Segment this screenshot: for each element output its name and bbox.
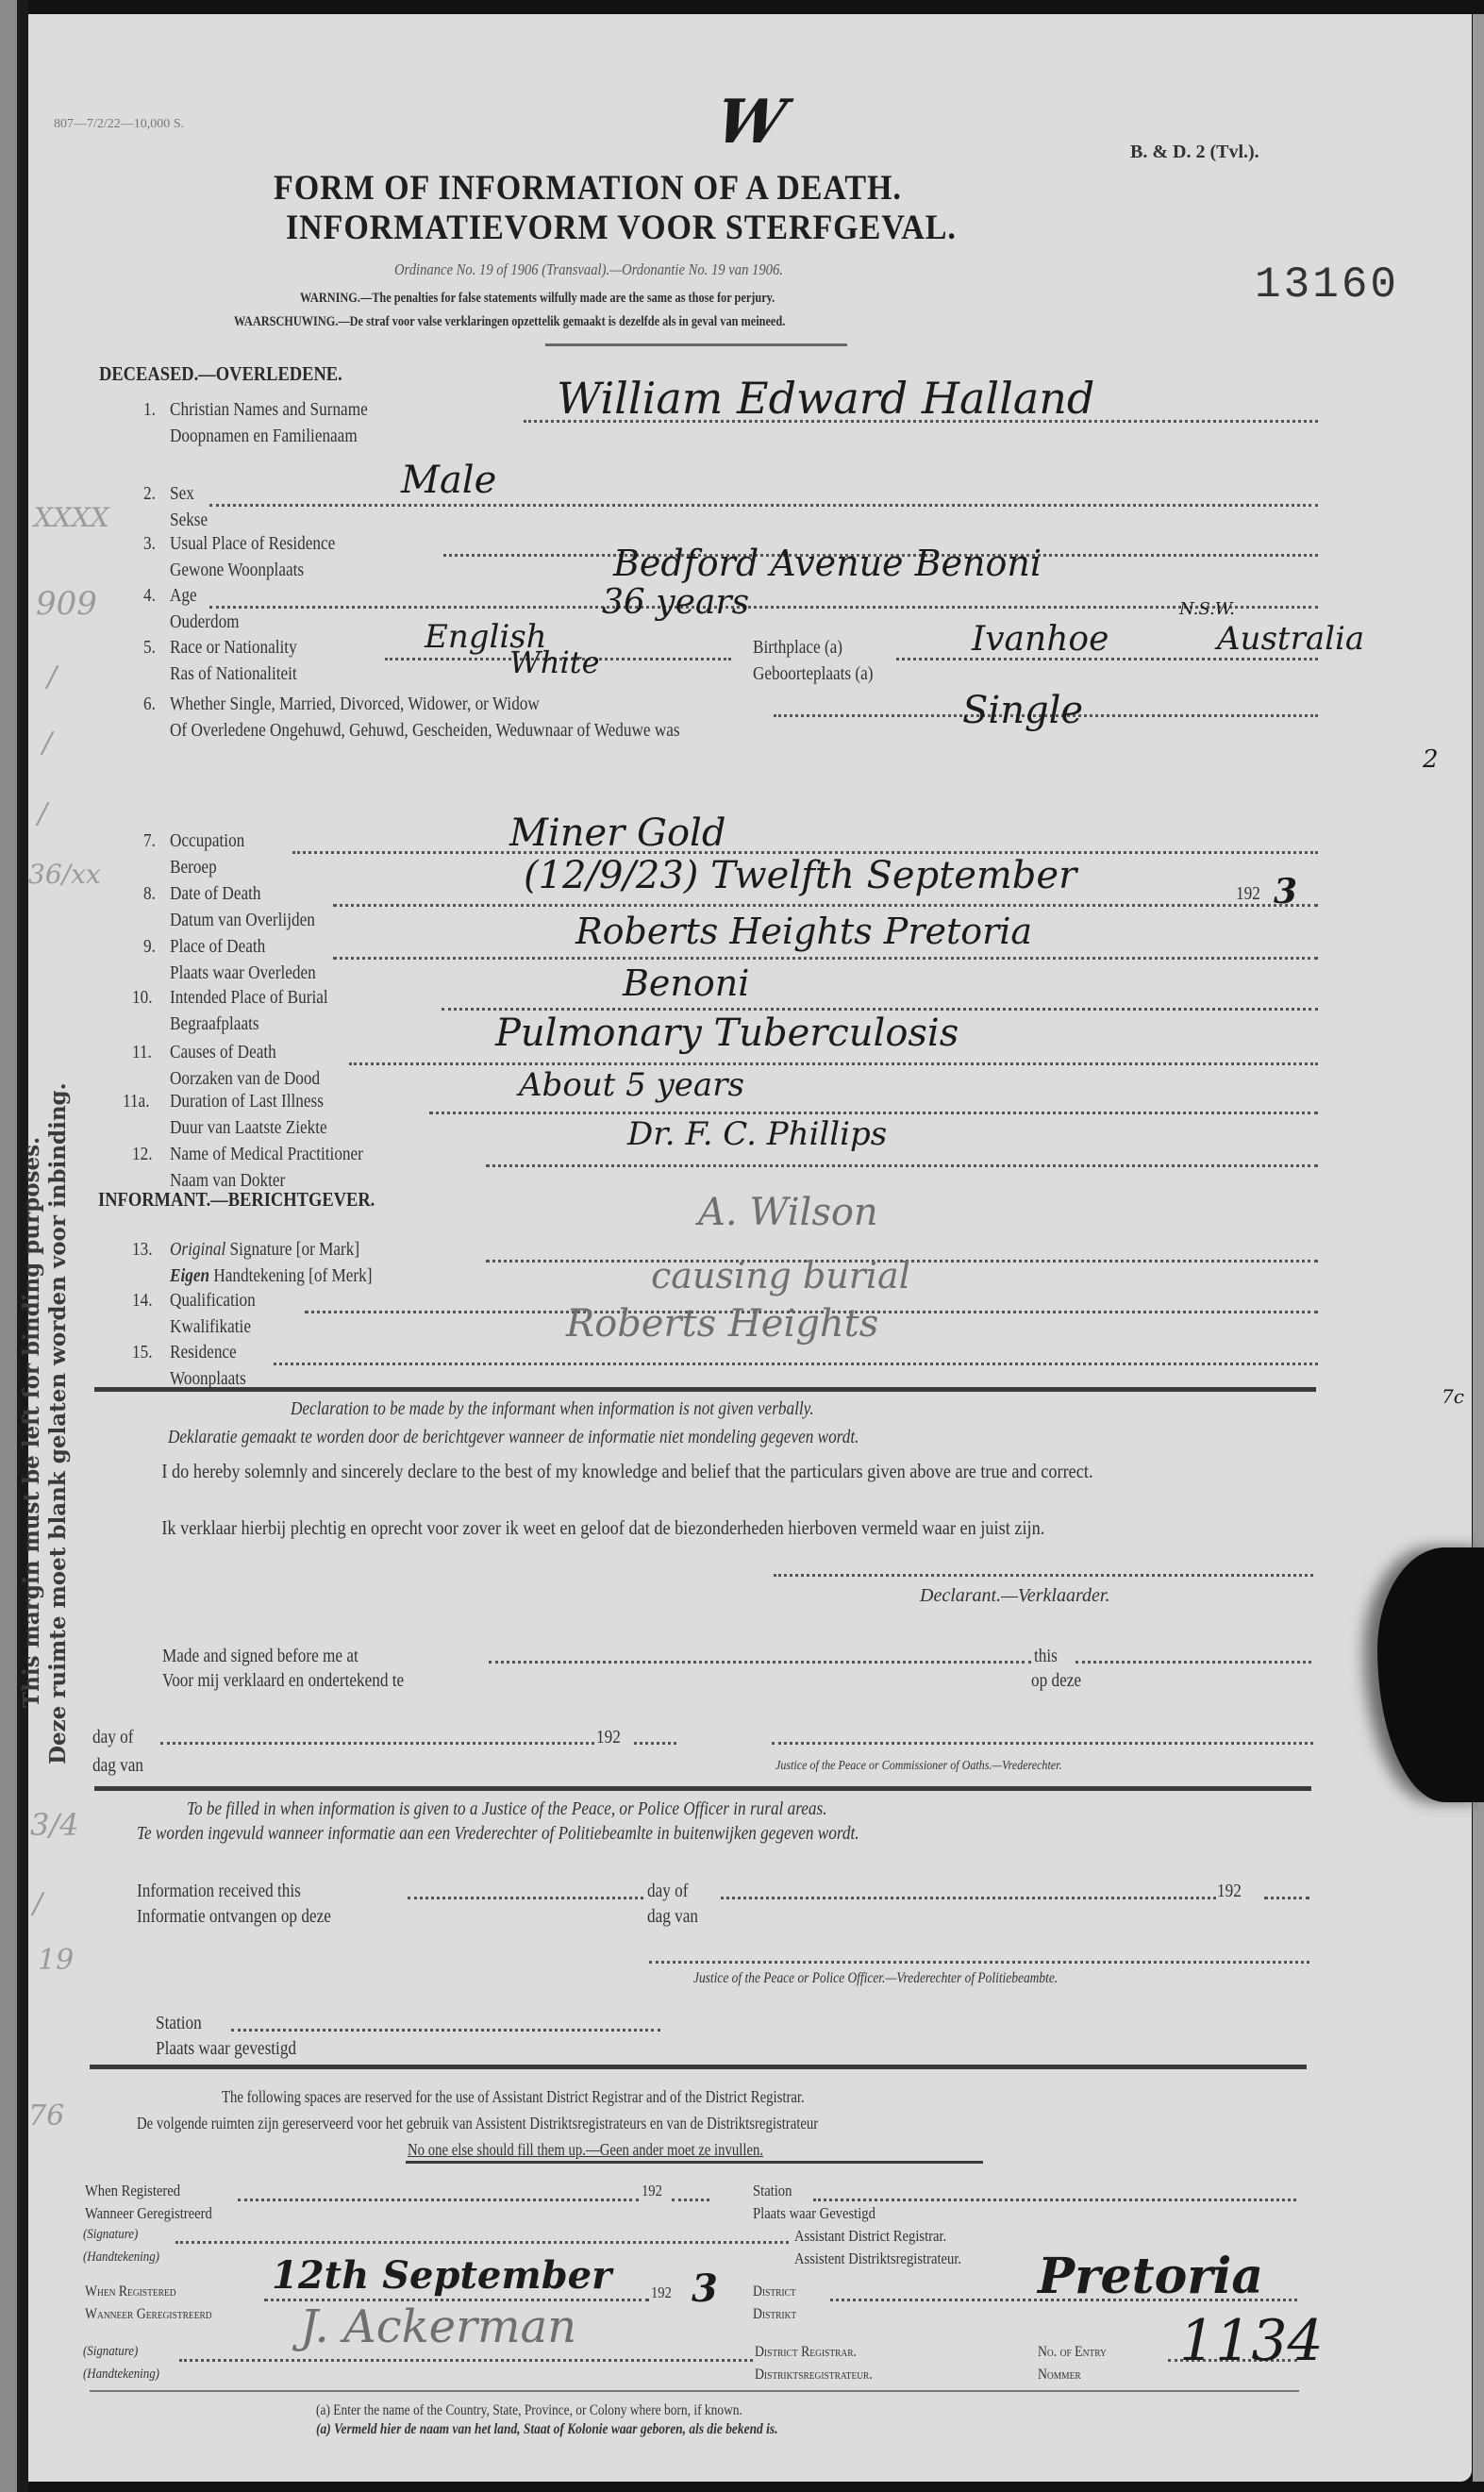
field-label-en: Intended Place of Burial bbox=[170, 987, 328, 1009]
field-label-en: Sex bbox=[170, 483, 194, 505]
when-registered-line[interactable] bbox=[238, 2199, 639, 2201]
field-value[interactable]: Roberts Heights bbox=[566, 1302, 878, 1346]
field-label-nl: Gewone Woonplaats bbox=[170, 560, 304, 581]
reg-station-nl: Plaats waar Gevestigd bbox=[753, 2204, 875, 2223]
declarant-label: Declarant.—Verklaarder. bbox=[920, 1585, 1109, 1607]
year-prefix: 192 bbox=[596, 1727, 621, 1748]
reg-station-line[interactable] bbox=[813, 2199, 1296, 2201]
reg-year-prefix: 192 bbox=[642, 2182, 662, 2200]
received-nl: Informatie ontvangen op deze bbox=[137, 1906, 331, 1928]
field-label-en: Original Signature [or Mark] bbox=[170, 1239, 359, 1261]
footer-rule bbox=[90, 2390, 1299, 2392]
binding-note-en: This margin must be left for binding pur… bbox=[19, 1137, 44, 1708]
field-label-nl: Eigen Handtekening [of Merk] bbox=[170, 1265, 372, 1287]
pencil-mark: 36/xx bbox=[28, 859, 101, 890]
district-value: Pretoria bbox=[1038, 2248, 1263, 2305]
field-label-en: Residence bbox=[170, 1342, 237, 1363]
field-value[interactable]: Male bbox=[401, 459, 496, 502]
field-number: 2. bbox=[143, 483, 156, 505]
justice-signature-line[interactable] bbox=[772, 1742, 1313, 1745]
made-signed-nl: Voor mij verklaard en ondertekend te bbox=[162, 1670, 404, 1692]
justice-label: Justice of the Peace or Commissioner of … bbox=[775, 1759, 1062, 1774]
field-value[interactable]: (12/9/23) Twelfth September bbox=[524, 854, 1076, 897]
field-label-nl: Of Overledene Ongehuwd, Gehuwd, Gescheid… bbox=[170, 720, 680, 742]
field-label-nl: Ras of Nationaliteit bbox=[170, 663, 297, 685]
pencil-mark: / bbox=[38, 797, 47, 830]
field-number: 1. bbox=[143, 399, 156, 421]
rural-month-line[interactable] bbox=[721, 1897, 1216, 1899]
day-of-en: day of bbox=[92, 1727, 133, 1748]
asst-registrar-nl: Assistent Distriktsregistrateur. bbox=[794, 2249, 961, 2268]
field-label-en: Age bbox=[170, 585, 197, 607]
this-nl: op deze bbox=[1031, 1670, 1081, 1692]
field-label-en: Race or Nationality bbox=[170, 637, 297, 659]
field-value[interactable]: causing burial bbox=[651, 1255, 910, 1296]
district-en: District bbox=[753, 2283, 796, 2300]
field-number: 3. bbox=[143, 533, 156, 555]
field-input-line[interactable] bbox=[209, 504, 1318, 507]
declaration-body-nl: Ik verklaar hierbij plechtig en oprecht … bbox=[94, 1514, 1309, 1543]
signature-nl: (Handtekening) bbox=[83, 2249, 159, 2266]
rural-heading-en: To be filled in when information is give… bbox=[187, 1798, 827, 1820]
field-value[interactable]: 36 years bbox=[602, 583, 749, 622]
date-year-prefix: 192 bbox=[1236, 883, 1260, 905]
print-code: 807—7/2/22—10,000 S. bbox=[54, 117, 184, 132]
rural-day-of-en: day of bbox=[647, 1881, 688, 1902]
field-number: 12. bbox=[132, 1144, 153, 1165]
this-day-line[interactable] bbox=[1075, 1661, 1311, 1664]
district-nl: Distrikt bbox=[753, 2306, 796, 2323]
entry-no-value: 1134 bbox=[1179, 2308, 1324, 2374]
section-rule bbox=[94, 1387, 1316, 1392]
handwritten-mark: W bbox=[710, 87, 791, 158]
district-registrar-nl: Distriktsregistrateur. bbox=[755, 2367, 873, 2383]
form-code: B. & D. 2 (Tvl.). bbox=[1130, 142, 1259, 163]
no-one-else: No one else should fill them up.—Geen an… bbox=[408, 2140, 763, 2160]
field-label-nl: Kwalifikatie bbox=[170, 1316, 251, 1338]
title-nl: INFORMATIEVORM VOOR STERFGEVAL. bbox=[286, 208, 957, 248]
rural-year-line[interactable] bbox=[1264, 1897, 1309, 1899]
declarant-signature-line[interactable] bbox=[774, 1574, 1313, 1577]
rural-heading-nl: Te worden ingevuld wanneer informatie aa… bbox=[137, 1823, 859, 1845]
declaration-body-en: I do hereby solemnly and sincerely decla… bbox=[94, 1457, 1309, 1486]
field-label-nl: Oorzaken van de Dood bbox=[170, 1068, 320, 1090]
field-label-nl: Begraafplaats bbox=[170, 1013, 259, 1035]
footnote-en: (a) Enter the name of the Country, State… bbox=[316, 2402, 742, 2419]
section-rule bbox=[90, 2065, 1307, 2069]
district-registrar-en: District Registrar. bbox=[755, 2344, 857, 2361]
birthplace-label-nl: Geboorteplaats (a) bbox=[753, 663, 874, 685]
reg-year-line[interactable] bbox=[672, 2199, 709, 2201]
field-label-en: Duration of Last Illness bbox=[170, 1091, 324, 1112]
field-value[interactable]: Single bbox=[962, 689, 1083, 732]
registrar-signature: J. Ackerman bbox=[300, 2300, 576, 2353]
binding-note-nl: Deze ruimte moet blank gelaten worden vo… bbox=[45, 1082, 71, 1764]
entry-no-en: No. of Entry bbox=[1038, 2344, 1107, 2361]
field-input-line[interactable] bbox=[442, 1008, 1318, 1011]
signature-en: (Signature) bbox=[83, 2227, 138, 2243]
field-input-line[interactable] bbox=[333, 904, 1318, 907]
section-deceased: DECEASED.—OVERLEDENE. bbox=[99, 362, 342, 386]
field-label-en: Christian Names and Surname bbox=[170, 399, 368, 421]
declaration-heading-en: Declaration to be made by the informant … bbox=[291, 1398, 814, 1420]
pencil-mark: / bbox=[42, 727, 52, 760]
field-label-nl: Sekse bbox=[170, 510, 208, 531]
received-en: Information received this bbox=[137, 1881, 301, 1902]
footnote-nl: (a) Vermeld hier de naam van het land, S… bbox=[316, 2421, 777, 2438]
rural-day-of-nl: dag van bbox=[647, 1906, 698, 1928]
field-label-en: Occupation bbox=[170, 830, 244, 852]
no-one-else-underline bbox=[406, 2161, 983, 2164]
field-input-line[interactable] bbox=[429, 1112, 1318, 1114]
field-number: 11a. bbox=[123, 1091, 150, 1112]
section-rule bbox=[94, 1786, 1311, 1791]
page-edge-right bbox=[1473, 14, 1484, 2482]
pencil-mark: 909 bbox=[36, 585, 97, 623]
field-label-nl: Duur van Laatste Ziekte bbox=[170, 1117, 327, 1139]
pencil-mark: 76 bbox=[28, 2099, 64, 2132]
field-number: 4. bbox=[143, 585, 156, 607]
pencil-mark: 3/4 bbox=[30, 1807, 79, 1843]
reg2-year-suffix: 3 bbox=[692, 2266, 718, 2311]
right-margin-mark: 2 bbox=[1423, 745, 1439, 774]
field-number: 5. bbox=[143, 637, 156, 659]
field-label-nl: Beroep bbox=[170, 857, 217, 878]
birthplace-country[interactable]: Australia bbox=[1217, 620, 1364, 658]
field-label-en: Name of Medical Practitioner bbox=[170, 1144, 363, 1165]
field-label-nl-ital: Eigen bbox=[170, 1265, 209, 1286]
registrar-signature-line[interactable] bbox=[179, 2359, 753, 2362]
field-number: 15. bbox=[132, 1342, 153, 1363]
reg-station-en: Station bbox=[753, 2182, 792, 2200]
signature2-nl: (Handtekening) bbox=[83, 2367, 159, 2383]
field-label-nl: Datum van Overlijden bbox=[170, 910, 315, 931]
field-label-nl: Woonplaats bbox=[170, 1368, 246, 1390]
birthplace-value[interactable]: Ivanhoe bbox=[972, 620, 1109, 659]
when-registered2-en: When Registered bbox=[85, 2283, 176, 2300]
field-value-secondary[interactable]: White bbox=[509, 644, 600, 680]
rural-station-nl: Plaats waar gevestigd bbox=[156, 2038, 296, 2060]
pencil-mark: / bbox=[47, 661, 57, 694]
asst-signature-line[interactable] bbox=[175, 2241, 789, 2244]
field-number: 7. bbox=[143, 830, 156, 852]
field-input-line[interactable] bbox=[209, 606, 1318, 609]
serial-number: 13160 bbox=[1255, 260, 1399, 309]
field-number: 11. bbox=[132, 1042, 152, 1063]
this-en: this bbox=[1034, 1646, 1058, 1667]
field-label-en: Whether Single, Married, Divorced, Widow… bbox=[170, 694, 540, 715]
field-label-en: Causes of Death bbox=[170, 1042, 276, 1063]
field-value[interactable]: William Edward Halland bbox=[557, 373, 1094, 424]
field-label-nl: Ouderdom bbox=[170, 611, 240, 633]
made-signed-place-line[interactable] bbox=[489, 1661, 1031, 1664]
day-of-line[interactable] bbox=[160, 1742, 594, 1745]
field-value[interactable]: Bedford Avenue Benoni bbox=[613, 543, 1042, 584]
field-input-line[interactable] bbox=[349, 1062, 1318, 1065]
year-line[interactable] bbox=[634, 1742, 676, 1745]
made-signed-en: Made and signed before me at bbox=[162, 1646, 358, 1667]
field-label-en: Date of Death bbox=[170, 883, 260, 905]
asst-registrar-en: Assistant District Registrar. bbox=[794, 2227, 946, 2246]
field-value[interactable]: A. Wilson bbox=[698, 1191, 878, 1234]
field-label-en: Place of Death bbox=[170, 936, 265, 958]
received-day-line[interactable] bbox=[408, 1897, 643, 1899]
declaration-heading-nl: Deklaratie gemaakt te worden door de ber… bbox=[168, 1427, 859, 1448]
field-label-nl: Plaats waar Overleden bbox=[170, 962, 316, 984]
field-label-en-rest: Signature [or Mark] bbox=[225, 1239, 359, 1260]
day-of-nl: dag van bbox=[92, 1755, 143, 1777]
field-number: 8. bbox=[143, 883, 156, 905]
reg2-year-prefix: 192 bbox=[651, 2283, 672, 2302]
warning-nl: WAARSCHUWING.—De straf voor valse verkla… bbox=[234, 314, 785, 330]
field-number: 6. bbox=[143, 694, 156, 715]
field-number: 13. bbox=[132, 1239, 153, 1261]
field-label-nl: Naam van Dokter bbox=[170, 1170, 285, 1192]
birthplace-label-en: Birthplace (a) bbox=[753, 637, 842, 659]
field-value[interactable]: Dr. F. C. Phillips bbox=[627, 1115, 887, 1153]
title-en: FORM OF INFORMATION OF A DEATH. bbox=[274, 168, 902, 209]
when-registered2-nl: Wanneer Geregistreerd bbox=[85, 2306, 212, 2323]
birthplace-super: N.S.W. bbox=[1179, 599, 1235, 619]
right-margin-mark: 7c bbox=[1442, 1385, 1464, 1408]
field-input-line[interactable] bbox=[486, 1164, 1318, 1167]
field-value[interactable]: Pulmonary Tuberculosis bbox=[495, 1012, 959, 1055]
officer-label: Justice of the Peace or Police Officer.—… bbox=[693, 1970, 1058, 1987]
pencil-mark: 19 bbox=[38, 1944, 74, 1977]
signature2-en: (Signature) bbox=[83, 2344, 138, 2360]
entry-no-nl: Nommer bbox=[1038, 2367, 1081, 2383]
field-value[interactable]: About 5 years bbox=[519, 1066, 744, 1104]
field-value[interactable]: Roberts Heights Pretoria bbox=[575, 911, 1032, 952]
rural-year-prefix: 192 bbox=[1217, 1881, 1242, 1902]
pencil-mark: XXXX bbox=[34, 502, 109, 533]
field-number: 10. bbox=[132, 987, 153, 1009]
warning-en: WARNING.—The penalties for false stateme… bbox=[300, 291, 775, 307]
registered-date-value: 12th September bbox=[272, 2253, 611, 2298]
field-label-en: Qualification bbox=[170, 1290, 256, 1312]
rural-station-en: Station bbox=[156, 2013, 202, 2034]
when-registered-nl: Wanneer Geregistreerd bbox=[85, 2204, 212, 2223]
field-label-nl-rest: Handtekening [of Merk] bbox=[209, 1265, 372, 1286]
when-registered-en: When Registered bbox=[85, 2182, 180, 2200]
reserved-nl: De volgende ruimten zijn gereserveerd vo… bbox=[137, 2114, 818, 2133]
ordinance: Ordinance No. 19 of 1906 (Transvaal).—Or… bbox=[394, 260, 783, 279]
field-number: 14. bbox=[132, 1290, 153, 1312]
date-year-suffix[interactable]: 3 bbox=[1274, 872, 1297, 912]
pencil-mark: / bbox=[33, 1887, 42, 1920]
rural-station-line[interactable] bbox=[231, 2029, 660, 2032]
field-value[interactable]: Miner Gold bbox=[509, 811, 725, 855]
reserved-en: The following spaces are reserved for th… bbox=[222, 2087, 805, 2107]
field-label-en-ital: Original bbox=[170, 1239, 225, 1260]
field-input-line[interactable] bbox=[333, 957, 1318, 960]
field-value[interactable]: Benoni bbox=[623, 962, 749, 1004]
officer-signature-line[interactable] bbox=[649, 1961, 1309, 1964]
field-number: 9. bbox=[143, 936, 156, 958]
header-rule bbox=[545, 343, 847, 346]
field-label-en: Usual Place of Residence bbox=[170, 533, 335, 555]
field-input-line[interactable] bbox=[274, 1363, 1318, 1365]
field-label-nl: Doopnamen en Familienaam bbox=[170, 426, 358, 447]
